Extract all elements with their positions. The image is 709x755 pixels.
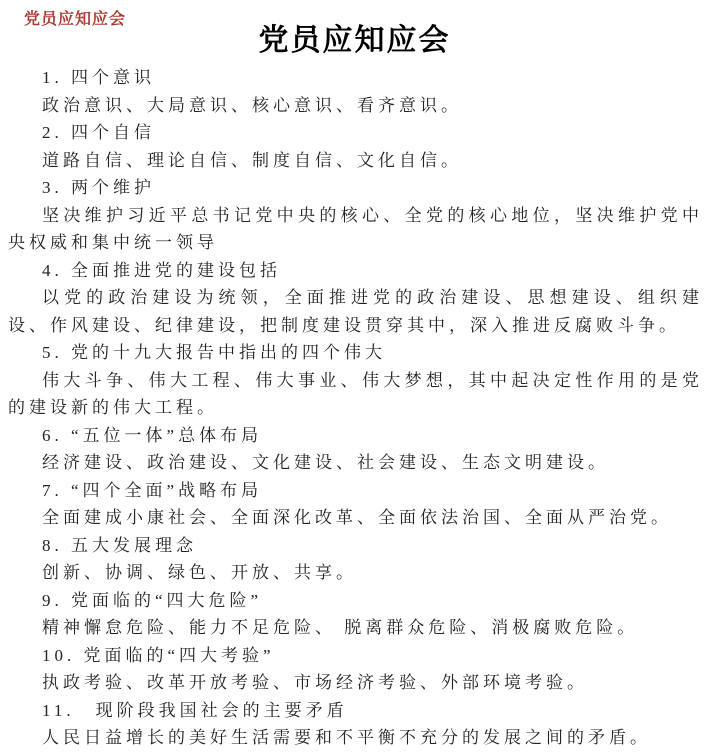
item-content: 执政考验、改革开放考验、市场经济考验、外部环境考验。 bbox=[8, 669, 703, 697]
item-content: 坚决维护习近平总书记党中央的核心、全党的核心地位，坚决维护党中央权威和集中统一领… bbox=[8, 202, 703, 257]
document-body: 1. 四个意识 政治意识、大局意识、核心意识、看齐意识。 2. 四个自信 道路自… bbox=[0, 64, 709, 752]
item-content: 以党的政治建设为统领，全面推进党的政治建设、思想建设、组织建设、作风建设、纪律建… bbox=[8, 284, 703, 339]
list-item: 11. 现阶段我国社会的主要矛盾 人民日益增长的美好生活需要和不平衡不充分的发展… bbox=[8, 697, 703, 752]
list-item: 5. 党的十九大报告中指出的四个伟大 伟大斗争、伟大工程、伟大事业、伟大梦想，其… bbox=[8, 339, 703, 422]
item-heading: 4. 全面推进党的建设包括 bbox=[8, 257, 703, 285]
document-page: 党员应知应会 党员应知应会 1. 四个意识 政治意识、大局意识、核心意识、看齐意… bbox=[0, 0, 709, 755]
list-item: 9. 党面临的“四大危险” 精神懈怠危险、能力不足危险、 脱离群众危险、消极腐败… bbox=[8, 587, 703, 642]
item-heading: 9. 党面临的“四大危险” bbox=[8, 587, 703, 615]
item-content: 政治意识、大局意识、核心意识、看齐意识。 bbox=[8, 92, 703, 120]
list-item: 4. 全面推进党的建设包括 以党的政治建设为统领，全面推进党的政治建设、思想建设… bbox=[8, 257, 703, 340]
list-item: 8. 五大发展理念 创新、协调、绿色、开放、共享。 bbox=[8, 532, 703, 587]
item-content: 创新、协调、绿色、开放、共享。 bbox=[8, 559, 703, 587]
item-heading: 7. “四个全面”战略布局 bbox=[8, 477, 703, 505]
item-heading: 11. 现阶段我国社会的主要矛盾 bbox=[8, 697, 703, 725]
document-header-label: 党员应知应会 bbox=[24, 6, 126, 29]
list-item: 10. 党面临的“四大考验” 执政考验、改革开放考验、市场经济考验、外部环境考验… bbox=[8, 642, 703, 697]
list-item: 7. “四个全面”战略布局 全面建成小康社会、全面深化改革、全面依法治国、全面从… bbox=[8, 477, 703, 532]
item-heading: 3. 两个维护 bbox=[8, 174, 703, 202]
list-item: 6. “五位一体”总体布局 经济建设、政治建设、文化建设、社会建设、生态文明建设… bbox=[8, 422, 703, 477]
item-content: 伟大斗争、伟大工程、伟大事业、伟大梦想，其中起决定性作用的是党的建设新的伟大工程… bbox=[8, 367, 703, 422]
item-heading: 1. 四个意识 bbox=[8, 64, 703, 92]
item-heading: 10. 党面临的“四大考验” bbox=[8, 642, 703, 670]
list-item: 2. 四个自信 道路自信、理论自信、制度自信、文化自信。 bbox=[8, 119, 703, 174]
item-heading: 5. 党的十九大报告中指出的四个伟大 bbox=[8, 339, 703, 367]
list-item: 1. 四个意识 政治意识、大局意识、核心意识、看齐意识。 bbox=[8, 64, 703, 119]
item-heading: 8. 五大发展理念 bbox=[8, 532, 703, 560]
item-content: 精神懈怠危险、能力不足危险、 脱离群众危险、消极腐败危险。 bbox=[8, 614, 703, 642]
list-item: 3. 两个维护 坚决维护习近平总书记党中央的核心、全党的核心地位，坚决维护党中央… bbox=[8, 174, 703, 257]
item-heading: 2. 四个自信 bbox=[8, 119, 703, 147]
item-content: 人民日益增长的美好生活需要和不平衡不充分的发展之间的矛盾。 bbox=[8, 724, 703, 752]
item-heading: 6. “五位一体”总体布局 bbox=[8, 422, 703, 450]
item-content: 道路自信、理论自信、制度自信、文化自信。 bbox=[8, 147, 703, 175]
item-content: 经济建设、政治建设、文化建设、社会建设、生态文明建设。 bbox=[8, 449, 703, 477]
item-content: 全面建成小康社会、全面深化改革、全面依法治国、全面从严治党。 bbox=[8, 504, 703, 532]
